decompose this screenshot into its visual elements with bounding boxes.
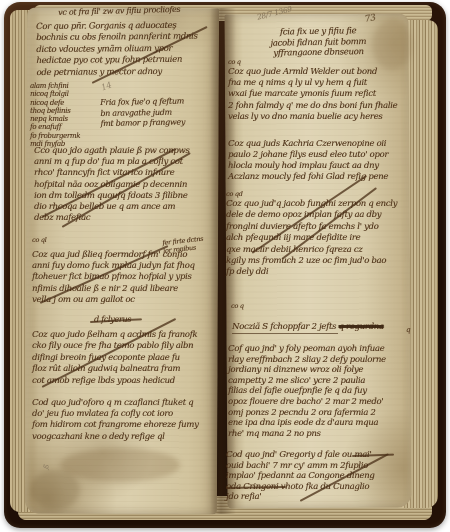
rp-heading-centered: fcia fix ue y fifiu fie jacobi fidnan fu…	[253, 26, 384, 60]
lp-head-soermdorf: co ql	[32, 236, 46, 244]
rp-heading-underlined: Nocziã S fchoppfar 2 jefts q regurdna	[232, 312, 384, 332]
lp-para-czaslavia: Cod quo jud'oforo q m czaflanci ftuket q…	[32, 398, 199, 443]
rp-para-gregory: Cod quo jnd' Gregoriy d fale ou mai' oui…	[226, 450, 374, 503]
manuscript-photo: vc ot fra fil' zw av fifiu procliofes Co…	[0, 0, 450, 532]
rp-head-welder: co q	[228, 58, 241, 66]
lp-note-right: Fria fox fue'o q feftum bn aravgathe jud…	[100, 97, 185, 130]
stain-left-corner	[30, 470, 80, 510]
rp-para-peoman: Cof quo jnd' y foly peoman ayoh infuae r…	[228, 344, 386, 439]
rp-folio-number: 73	[364, 13, 376, 25]
lp-margin-names: alam fchfini nicoq ftolgil nicoq defe th…	[30, 82, 80, 148]
heading-struck-word: q regurdna	[338, 322, 383, 332]
lp-para-soermdorf: Coz qua jud ßlieq foermdorf fm' confio a…	[32, 250, 195, 306]
heading-text: Nocziã S fchoppfar 2 jefts	[232, 322, 338, 334]
lp-para-agath: Cco quo jdo agath plauie ß pw conpws ann…	[34, 146, 189, 224]
rp-para-welder: Coz quo jude Armld Welder out bond fna m…	[228, 67, 397, 123]
rp-margin-q: q	[406, 326, 410, 334]
rp-head-jacob: co qd	[226, 190, 242, 198]
stain-left-bottom	[60, 448, 180, 482]
rp-head-schoppfar: co q	[231, 302, 244, 310]
